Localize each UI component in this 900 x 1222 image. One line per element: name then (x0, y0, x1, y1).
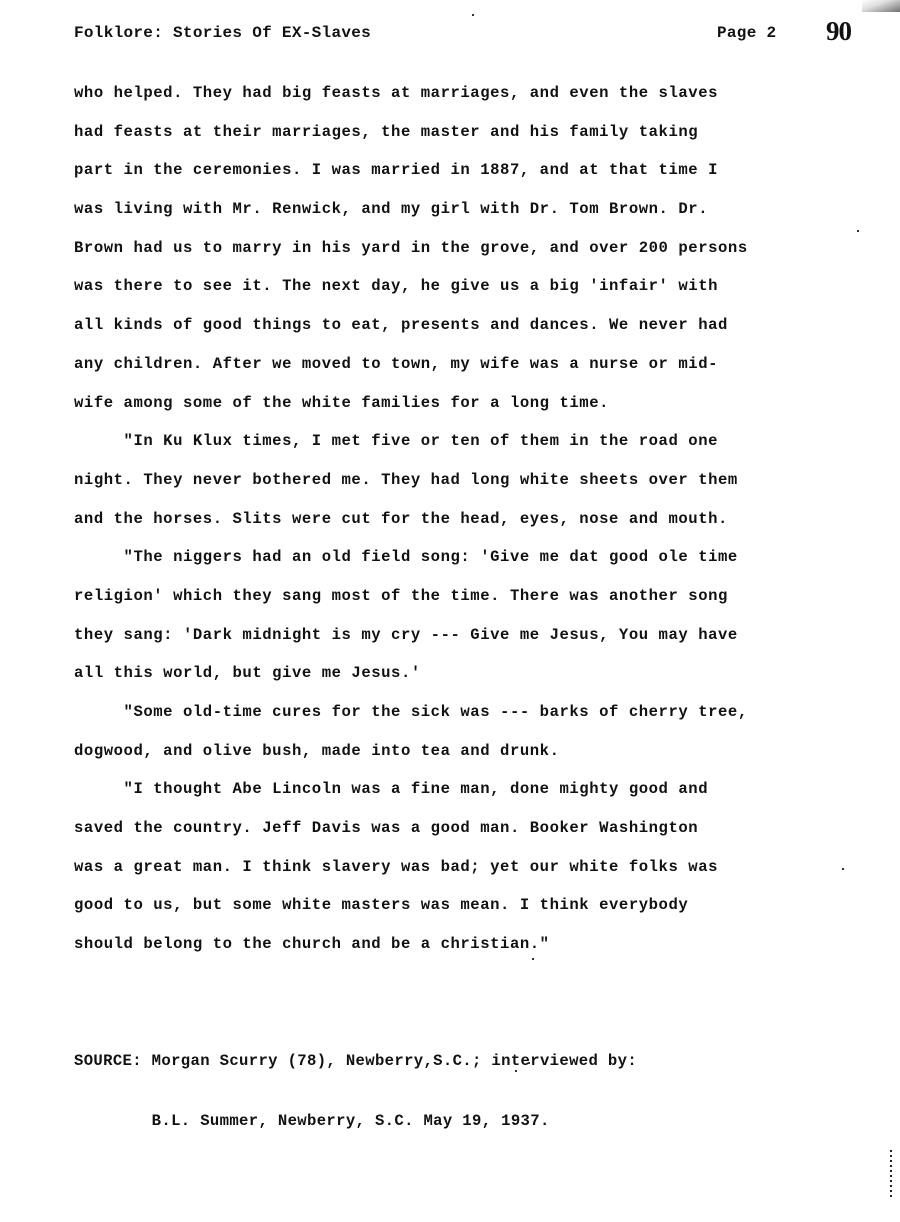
scan-speck (515, 1070, 517, 1072)
text-line: dogwood, and olive bush, made into tea a… (74, 738, 854, 777)
scan-speck (472, 14, 474, 16)
text-line: saved the country. Jeff Davis was a good… (74, 815, 854, 854)
text-line: any children. After we moved to town, my… (74, 351, 854, 390)
scan-edge-marks (890, 1150, 892, 1200)
text-line: "In Ku Klux times, I met five or ten of … (74, 428, 854, 467)
scan-speck (532, 958, 534, 960)
text-line: part in the ceremonies. I was married in… (74, 157, 854, 196)
interview-text: who helped. They had big feasts at marri… (74, 80, 854, 970)
scan-speck (857, 230, 859, 232)
text-line: and the horses. Slits were cut for the h… (74, 506, 854, 545)
text-line: they sang: 'Dark midnight is my cry --- … (74, 622, 854, 661)
text-line: should belong to the church and be a chr… (74, 931, 854, 970)
page-header: Folklore: Stories Of EX-Slaves Page 2 90 (74, 22, 874, 52)
text-line: Brown had us to marry in his yard in the… (74, 235, 854, 274)
text-line: "The niggers had an old field song: 'Giv… (74, 544, 854, 583)
text-line: night. They never bothered me. They had … (74, 467, 854, 506)
document-page: Folklore: Stories Of EX-Slaves Page 2 90… (0, 0, 900, 1222)
page-label: Page 2 (717, 24, 776, 42)
text-line: "Some old-time cures for the sick was --… (74, 699, 854, 738)
text-line: who helped. They had big feasts at marri… (74, 80, 854, 119)
text-line: had feasts at their marriages, the maste… (74, 119, 854, 158)
text-line: was a great man. I think slavery was bad… (74, 854, 854, 893)
text-line: wife among some of the white families fo… (74, 390, 854, 429)
scan-speck (842, 868, 844, 870)
stamped-page-number: 90 (826, 16, 851, 47)
source-line-2: B.L. Summer, Newberry, S.C. May 19, 1937… (74, 1111, 637, 1131)
scan-speck (528, 1062, 530, 1064)
scan-smudge (862, 0, 900, 12)
document-title: Folklore: Stories Of EX-Slaves (74, 24, 371, 42)
text-line: all kinds of good things to eat, present… (74, 312, 854, 351)
text-line: religion' which they sang most of the ti… (74, 583, 854, 622)
text-line: was living with Mr. Renwick, and my girl… (74, 196, 854, 235)
source-citation: SOURCE: Morgan Scurry (78), Newberry,S.C… (74, 1011, 637, 1171)
source-line-1: SOURCE: Morgan Scurry (78), Newberry,S.C… (74, 1051, 637, 1071)
text-line: all this world, but give me Jesus.' (74, 660, 854, 699)
text-line: good to us, but some white masters was m… (74, 892, 854, 931)
text-line: "I thought Abe Lincoln was a fine man, d… (74, 776, 854, 815)
text-line: was there to see it. The next day, he gi… (74, 273, 854, 312)
